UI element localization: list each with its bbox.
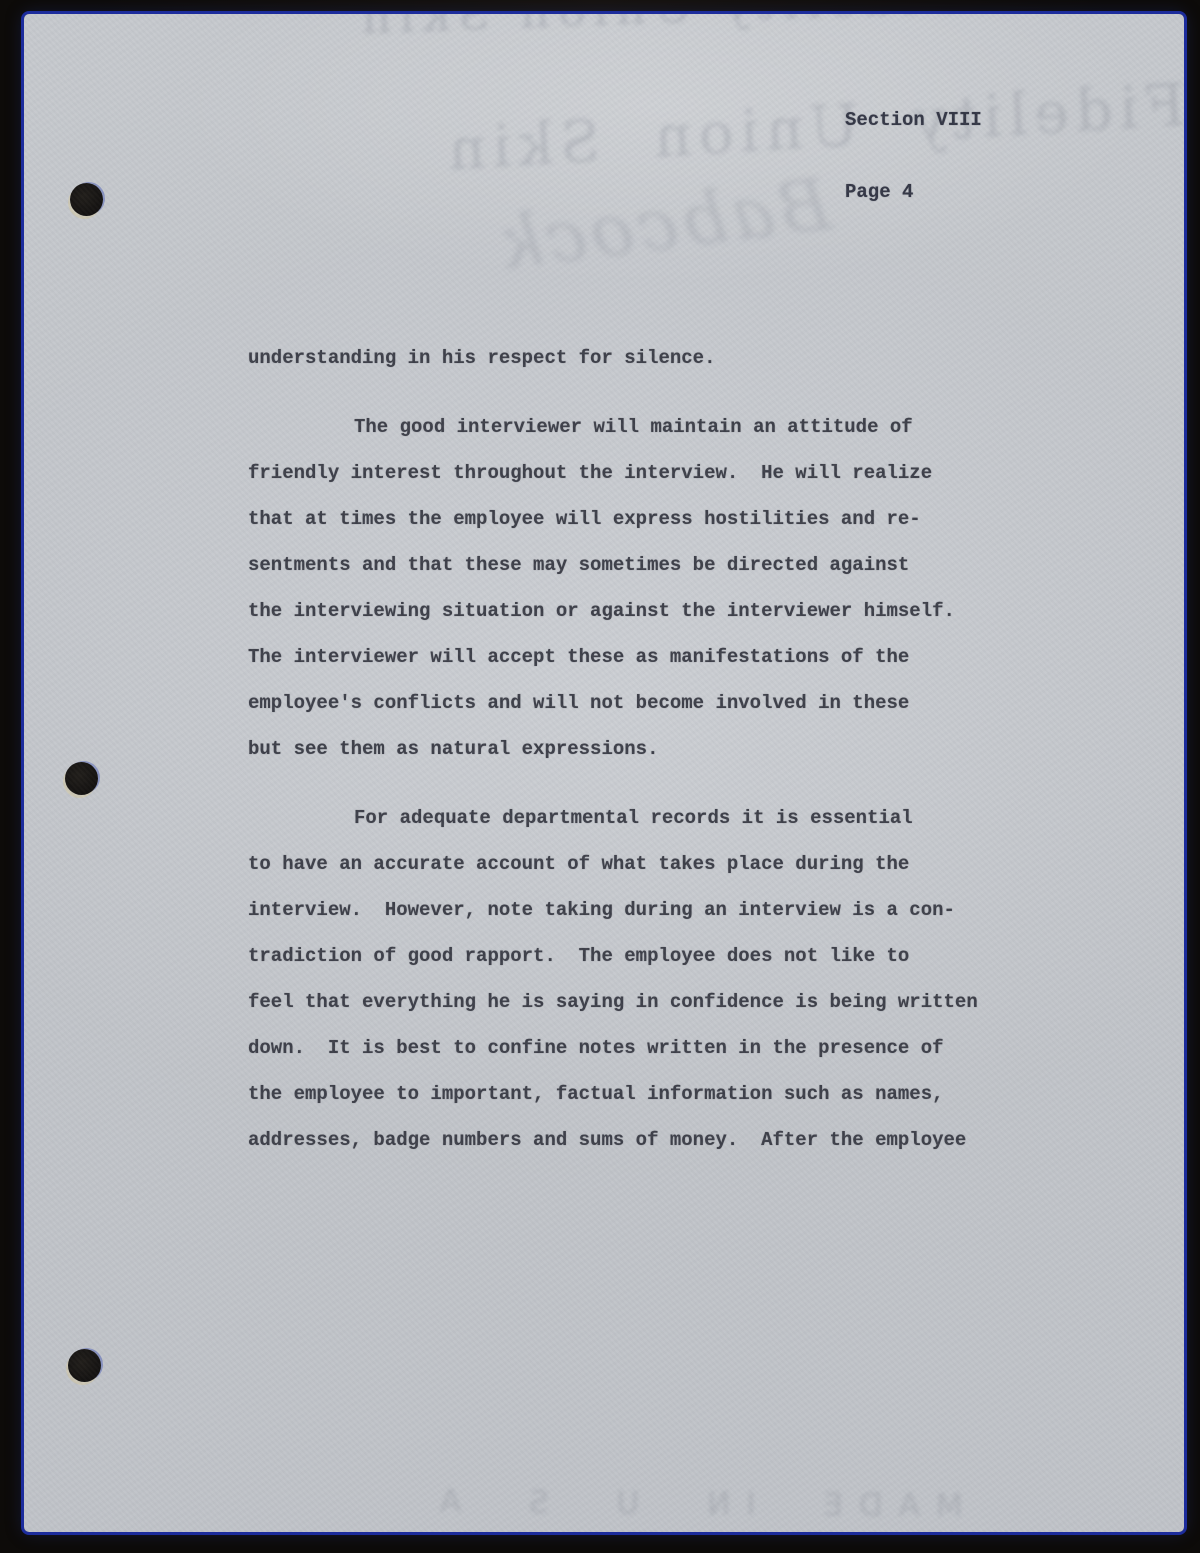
text-line: tradiction of good rapport. The employee… (248, 933, 978, 979)
text-line: to have an accurate account of what take… (248, 841, 978, 887)
punch-hole-middle (65, 762, 98, 795)
punch-hole-top (70, 183, 103, 216)
text-line: The good interviewer will maintain an at… (248, 404, 978, 450)
paragraph-continuation: understanding in his respect for silence… (248, 335, 978, 381)
watermark-main-text: Fidelity Union Skin (285, 71, 1184, 194)
document-page: Fidelity Union Skin Fidelity Union Skin … (24, 14, 1184, 1532)
text-line: addresses, badge numbers and sums of mon… (248, 1117, 978, 1163)
paragraph-departmental-records: For adequate departmental records it is … (248, 795, 978, 1163)
document-body: understanding in his respect for silence… (248, 335, 978, 1163)
punch-hole-bottom (68, 1349, 101, 1382)
text-line: understanding in his respect for silence… (248, 335, 978, 381)
paragraph-good-interviewer: The good interviewer will maintain an at… (248, 404, 978, 772)
watermark-script-text: Babcock (490, 162, 835, 287)
text-line: The interviewer will accept these as man… (248, 634, 978, 680)
watermark-made-in-usa: MADE IN U S A (424, 1484, 963, 1525)
text-line: feel that everything he is saying in con… (248, 979, 978, 1025)
text-line: down. It is best to confine notes writte… (248, 1025, 978, 1071)
text-line: sentments and that these may sometimes b… (248, 542, 978, 588)
text-line: friendly interest throughout the intervi… (248, 450, 978, 496)
text-line: the employee to important, factual infor… (248, 1071, 978, 1117)
text-line: For adequate departmental records it is … (248, 795, 978, 841)
text-line: interview. However, note taking during a… (248, 887, 978, 933)
text-line: employee's conflicts and will not become… (248, 680, 978, 726)
text-line: the interviewing situation or against th… (248, 588, 978, 634)
watermark-top-fragment: Fidelity Union Skin (353, 14, 957, 44)
text-line: that at times the employee will express … (248, 496, 978, 542)
text-line: but see them as natural expressions. (248, 726, 978, 772)
page-number-label: Page 4 (845, 180, 982, 204)
page-header: Section VIII Page 4 (845, 60, 982, 252)
scanned-page-background: Fidelity Union Skin Fidelity Union Skin … (0, 0, 1200, 1553)
section-label: Section VIII (845, 108, 982, 132)
